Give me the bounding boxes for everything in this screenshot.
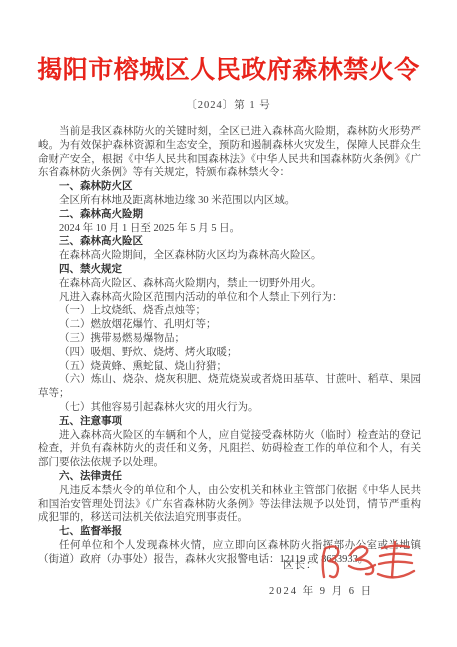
document-content: 当前是我区森林防火的关键时刻，全区已进入森林高火险期，森林防火形势严峻。为有效保… [38, 125, 421, 567]
preamble-paragraph: 当前是我区森林防火的关键时刻，全区已进入森林高火险期，森林防火形势严峻。为有效保… [38, 125, 421, 180]
section-heading: 一、森林防火区 [38, 180, 421, 194]
issue-date: 2024 年 9 月 6 日 [269, 583, 373, 598]
section-paragraph: （七）其他容易引起森林火灾的用火行为。 [38, 401, 421, 415]
section-paragraph: （一）上坟烧纸、烧香点烛等； [38, 304, 421, 318]
section-paragraph: 全区所有林地及距离林地边缘 30 米范围以内区域。 [38, 194, 421, 208]
section-paragraph: 在森林高火险区、森林高火险期内，禁止一切野外用火。 [38, 277, 421, 291]
section-paragraph: 2024 年 10 月 1 日至 2025 年 5 月 5 日。 [38, 222, 421, 236]
section-paragraph: （六）炼山、烧杂、烧灰积肥、烧荒烧炭或者烧田基草、甘蔗叶、稻草、果园草等； [38, 373, 421, 401]
document-page: 揭阳市榕城区人民政府森林禁火令 〔2024〕第 1 号 当前是我区森林防火的关键… [0, 0, 457, 647]
section-heading: 四、禁火规定 [38, 263, 421, 277]
section-heading: 五、注意事项 [38, 415, 421, 429]
section-paragraph: 凡进入森林高火险区范围内活动的单位和个人禁止下列行为： [38, 291, 421, 305]
document-title: 揭阳市榕城区人民政府森林禁火令 [0, 0, 457, 86]
section-heading: 六、法律责任 [38, 470, 421, 484]
section-heading: 三、森林高火险区 [38, 235, 421, 249]
section-paragraph: 在森林高火险期间，全区森林防火区均为森林高火险区。 [38, 249, 421, 263]
section-paragraph: （三）携带易燃易爆物品； [38, 332, 421, 346]
section-heading: 二、森林高火险期 [38, 208, 421, 222]
section-paragraph: 进入森林高火险区的车辆和个人，应自觉接受森林防火（临时）检查站的登记检查，并负有… [38, 429, 421, 470]
handwritten-signature [316, 535, 416, 587]
section-paragraph: （五）烧黄蜂、熏蛇鼠、烧山狩猎； [38, 360, 421, 374]
signature-label: 区长： [283, 551, 318, 572]
section-paragraph: 凡违反本禁火令的单位和个人，由公安机关和林业主管部门依据《中华人民共和国治安管理… [38, 484, 421, 525]
section-paragraph: （二）燃放烟花爆竹、孔明灯等； [38, 318, 421, 332]
document-number: 〔2024〕第 1 号 [0, 97, 457, 112]
section-paragraph: （四）吸烟、野炊、烧烤、烤火取暖； [38, 346, 421, 360]
document-sections: 一、森林防火区全区所有林地及距离林地边缘 30 米范围以内区域。二、森林高火险期… [38, 180, 421, 566]
